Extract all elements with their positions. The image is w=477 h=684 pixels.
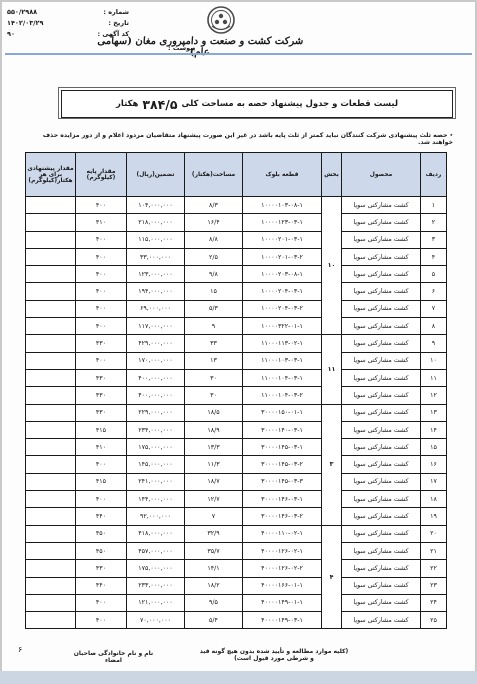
cell-plot-code: ۱۰۰۰۰۲۰۳-۰۸-۱ bbox=[243, 266, 322, 283]
cell-row-number: ۱۱ bbox=[421, 369, 447, 386]
cell-proposed-amount bbox=[26, 525, 76, 542]
cell-proposed-amount bbox=[26, 421, 76, 438]
table-row: ۲۳کشت مشارکتی سویا۴۰۰۰۰۱۶۶-۰۱-۱۱۸/۲۲۳۳,۰… bbox=[26, 577, 447, 594]
cell-row-number: ۵ bbox=[421, 266, 447, 283]
cell-row-number: ۱۳ bbox=[421, 404, 447, 421]
cell-product: کشت مشارکتی سویا bbox=[342, 335, 421, 352]
cell-product: کشت مشارکتی سویا bbox=[342, 612, 421, 629]
cell-base-amount: ۴۳۰ bbox=[76, 335, 127, 352]
cell-plot-code: ۱۰۰۰۰۲۰۱-۰۳-۱ bbox=[243, 231, 322, 248]
cell-plot-code: ۱۰۰۰۰۳۲۲-۰۱-۱ bbox=[243, 318, 322, 335]
adcode-value: ۹۰ bbox=[7, 29, 15, 40]
cell-guarantee: ۴۰۰,۰۰۰,۰۰۰ bbox=[127, 387, 185, 404]
cell-area: ۳۳ bbox=[185, 335, 243, 352]
cell-product: کشت مشارکتی سویا bbox=[342, 300, 421, 317]
cell-guarantee: ۴۵۷,۰۰۰,۰۰۰ bbox=[127, 542, 185, 559]
cell-plot-code: ۳۰۰۰۰۱۴۵-۰۳-۳ bbox=[243, 473, 322, 490]
title-area-number: ۳۸۴/۵ bbox=[142, 97, 177, 112]
cell-proposed-amount bbox=[26, 508, 76, 525]
cell-product: کشت مشارکتی سویا bbox=[342, 352, 421, 369]
cell-base-amount: ۴۴۰ bbox=[76, 577, 127, 594]
column-header: مقدار پیشنهادی برای هر هکتار(کیلوگرم) bbox=[26, 153, 76, 197]
cell-area: ۱۸/۹ bbox=[185, 421, 243, 438]
cell-area: ۸/۸ bbox=[185, 231, 243, 248]
cell-proposed-amount bbox=[26, 491, 76, 508]
table-row: ۹کشت مشارکتی سویا۱۱۱۱۰۰۰۱۱۳-۰۲-۱۳۳۴۲۹,۰۰… bbox=[26, 335, 447, 352]
cell-product: کشت مشارکتی سویا bbox=[342, 404, 421, 421]
cell-row-number: ۱۶ bbox=[421, 456, 447, 473]
table-row: ۱۱کشت مشارکتی سویا۱۱۰۰۰۱۰۴-۰۳-۱۳۰۴۰۰,۰۰۰… bbox=[26, 369, 447, 386]
column-header: بخش bbox=[322, 153, 342, 197]
cell-guarantee: ۶۹,۰۰۰,۰۰۰ bbox=[127, 300, 185, 317]
cell-guarantee: ۱۷۵,۰۰۰,۰۰۰ bbox=[127, 560, 185, 577]
cell-area: ۹/۵ bbox=[185, 594, 243, 611]
table-row: ۱۴کشت مشارکتی سویا۳۰۰۰۰۱۴۰-۰۳-۱۱۸/۹۲۳۴,۰… bbox=[26, 421, 447, 438]
cell-proposed-amount bbox=[26, 456, 76, 473]
cell-base-amount: ۴۳۰ bbox=[76, 404, 127, 421]
cell-product: کشت مشارکتی سویا bbox=[342, 266, 421, 283]
cell-base-amount: ۴۰۰ bbox=[76, 612, 127, 629]
column-header: مقدار پایه (کیلوگرم) bbox=[76, 153, 127, 197]
company-logo-icon bbox=[206, 5, 236, 39]
cell-section: ۱۱ bbox=[322, 335, 342, 404]
cell-area: ۱۱/۳ bbox=[185, 456, 243, 473]
cell-plot-code: ۱۰۰۰۰۲۰۴-۰۳-۲ bbox=[243, 300, 322, 317]
cell-guarantee: ۴۱۸,۰۰۰,۰۰۰ bbox=[127, 525, 185, 542]
table-row: ۴کشت مشارکتی سویا۱۰۰۰۰۲۰۱-۰۳-۲۲/۵۳۳,۰۰۰,… bbox=[26, 248, 447, 265]
cell-proposed-amount bbox=[26, 197, 76, 214]
table-row: ۱۵کشت مشارکتی سویا۳۰۰۰۰۱۴۵-۰۳-۱۱۳/۳۱۷۵,۰… bbox=[26, 439, 447, 456]
cell-plot-code: ۴۰۰۰۰۱۴۹-۰۳-۱ bbox=[243, 612, 322, 629]
column-header: قطعه بلوک bbox=[243, 153, 322, 197]
date-value: ۱۴۰۲/۰۳/۲۹ bbox=[7, 18, 44, 29]
cell-proposed-amount bbox=[26, 473, 76, 490]
cell-product: کشت مشارکتی سویا bbox=[342, 231, 421, 248]
cell-area: ۸/۳ bbox=[185, 197, 243, 214]
cell-guarantee: ۲۳۳,۰۰۰,۰۰۰ bbox=[127, 577, 185, 594]
cell-proposed-amount bbox=[26, 335, 76, 352]
cell-guarantee: ۷۰,۰۰۰,۰۰۰ bbox=[127, 612, 185, 629]
cell-proposed-amount bbox=[26, 404, 76, 421]
cell-row-number: ۱۷ bbox=[421, 473, 447, 490]
cell-row-number: ۲۰ bbox=[421, 525, 447, 542]
cell-product: کشت مشارکتی سویا bbox=[342, 318, 421, 335]
letterhead-number-field: شماره : ۵۵۰/۲۹۸۸ bbox=[7, 7, 129, 18]
cell-row-number: ۱ bbox=[421, 197, 447, 214]
cell-plot-code: ۳۰۰۰۰۱۵۰-۰۱-۱ bbox=[243, 404, 322, 421]
cell-proposed-amount bbox=[26, 300, 76, 317]
cell-plot-code: ۱۰۰۰۰۱۰۳-۰۸-۱ bbox=[243, 197, 322, 214]
cell-base-amount: ۴۱۰ bbox=[76, 214, 127, 231]
cell-guarantee: ۳۳,۰۰۰,۰۰۰ bbox=[127, 248, 185, 265]
cell-row-number: ۷ bbox=[421, 300, 447, 317]
cell-guarantee: ۱۰۴,۰۰۰,۰۰۰ bbox=[127, 197, 185, 214]
cell-guarantee: ۴۰۰,۰۰۰,۰۰۰ bbox=[127, 369, 185, 386]
table-row: ۳کشت مشارکتی سویا۱۰۰۰۰۲۰۱-۰۳-۱۸/۸۱۱۵,۰۰۰… bbox=[26, 231, 447, 248]
cell-section: ۳ bbox=[322, 404, 342, 525]
cell-proposed-amount bbox=[26, 594, 76, 611]
cell-area: ۵/۴ bbox=[185, 612, 243, 629]
cell-plot-code: ۱۰۰۰۰۱۲۳-۰۳-۱ bbox=[243, 214, 322, 231]
cell-row-number: ۱۹ bbox=[421, 508, 447, 525]
cell-product: کشت مشارکتی سویا bbox=[342, 214, 421, 231]
cell-row-number: ۲۱ bbox=[421, 542, 447, 559]
cell-proposed-amount bbox=[26, 542, 76, 559]
number-label: شماره : bbox=[103, 7, 129, 18]
cell-plot-code: ۴۰۰۰۰۱۴۹-۰۱-۱ bbox=[243, 594, 322, 611]
cell-row-number: ۱۸ bbox=[421, 491, 447, 508]
cell-area: ۳۵/۷ bbox=[185, 542, 243, 559]
table-row: ۶کشت مشارکتی سویا۱۰۰۰۰۲۰۴-۰۳-۱۱۵۱۹۴,۰۰۰,… bbox=[26, 283, 447, 300]
footer-acceptance-note: (کلیه موارد مطالعه و تأیید شده بدون هیچ … bbox=[198, 648, 350, 662]
table-row: ۲۰کشت مشارکتی سویا۴۴۰۰۰۰۱۱۰-۰۲-۱۳۲/۹۴۱۸,… bbox=[26, 525, 447, 542]
table-row: ۲۱کشت مشارکتی سویا۴۰۰۰۰۱۲۶-۰۲-۱۳۵/۷۴۵۷,۰… bbox=[26, 542, 447, 559]
cell-base-amount: ۴۴۰ bbox=[76, 508, 127, 525]
plots-table: ردیفمحصولبخشقطعه بلوکمساحت(هکتار)تضمین(ر… bbox=[25, 152, 447, 629]
table-body: ۱کشت مشارکتی سویا۱۰۱۰۰۰۰۱۰۳-۰۸-۱۸/۳۱۰۴,۰… bbox=[26, 197, 447, 629]
table-row: ۲۵کشت مشارکتی سویا۴۰۰۰۰۱۴۹-۰۳-۱۵/۴۷۰,۰۰۰… bbox=[26, 612, 447, 629]
cell-base-amount: ۴۰۰ bbox=[76, 248, 127, 265]
cell-row-number: ۱۲ bbox=[421, 387, 447, 404]
cell-guarantee: ۱۷۵,۰۰۰,۰۰۰ bbox=[127, 439, 185, 456]
cell-area: ۳۰ bbox=[185, 369, 243, 386]
cell-product: کشت مشارکتی سویا bbox=[342, 439, 421, 456]
cell-row-number: ۸ bbox=[421, 318, 447, 335]
letterhead-date-field: تاریخ : ۱۴۰۲/۰۳/۲۹ bbox=[7, 18, 129, 29]
column-header: مساحت(هکتار) bbox=[185, 153, 243, 197]
cell-base-amount: ۴۵۰ bbox=[76, 525, 127, 542]
cell-product: کشت مشارکتی سویا bbox=[342, 594, 421, 611]
cell-product: کشت مشارکتی سویا bbox=[342, 473, 421, 490]
table-row: ۲۴کشت مشارکتی سویا۴۰۰۰۰۱۴۹-۰۱-۱۹/۵۱۲۱,۰۰… bbox=[26, 594, 447, 611]
cell-product: کشت مشارکتی سویا bbox=[342, 421, 421, 438]
cell-product: کشت مشارکتی سویا bbox=[342, 283, 421, 300]
cell-plot-code: ۱۰۰۰۰۲۰۱-۰۳-۲ bbox=[243, 248, 322, 265]
cell-row-number: ۹ bbox=[421, 335, 447, 352]
cell-base-amount: ۴۰۰ bbox=[76, 318, 127, 335]
cell-base-amount: ۴۰۰ bbox=[76, 456, 127, 473]
cell-product: کشت مشارکتی سویا bbox=[342, 491, 421, 508]
cell-proposed-amount bbox=[26, 318, 76, 335]
cell-proposed-amount bbox=[26, 248, 76, 265]
column-header: محصول bbox=[342, 153, 421, 197]
cell-product: کشت مشارکتی سویا bbox=[342, 542, 421, 559]
scan-bottom-band bbox=[0, 671, 477, 684]
cell-proposed-amount bbox=[26, 352, 76, 369]
cell-row-number: ۲۲ bbox=[421, 560, 447, 577]
cell-plot-code: ۳۰۰۰۰۱۴۵-۰۳-۲ bbox=[243, 456, 322, 473]
cell-plot-code: ۴۰۰۰۰۱۲۶-۰۲-۱ bbox=[243, 542, 322, 559]
title-suffix: هکتار bbox=[116, 99, 138, 109]
cell-area: ۱۴/۱ bbox=[185, 560, 243, 577]
cell-row-number: ۲۴ bbox=[421, 594, 447, 611]
page-title: لیست قطعات و جدول پیشنهاد حصه به مساحت ک… bbox=[61, 90, 453, 118]
table-row: ۱کشت مشارکتی سویا۱۰۱۰۰۰۰۱۰۳-۰۸-۱۸/۳۱۰۴,۰… bbox=[26, 197, 447, 214]
cell-guarantee: ۱۴۴,۰۰۰,۰۰۰ bbox=[127, 491, 185, 508]
cell-proposed-amount bbox=[26, 283, 76, 300]
table-row: ۸کشت مشارکتی سویا۱۰۰۰۰۳۲۲-۰۱-۱۹۱۱۷,۰۰۰,۰… bbox=[26, 318, 447, 335]
table-row: ۱۰کشت مشارکتی سویا۱۱۰۰۰۱۰۳-۰۳-۱۱۳۱۷۰,۰۰۰… bbox=[26, 352, 447, 369]
cell-proposed-amount bbox=[26, 231, 76, 248]
cell-plot-code: ۳۰۰۰۰۱۴۰-۰۳-۱ bbox=[243, 421, 322, 438]
cell-product: کشت مشارکتی سویا bbox=[342, 577, 421, 594]
cell-section: ۱۰ bbox=[322, 197, 342, 335]
table-row: ۵کشت مشارکتی سویا۱۰۰۰۰۲۰۳-۰۸-۱۹/۸۱۲۳,۰۰۰… bbox=[26, 266, 447, 283]
cell-guarantee: ۱۲۳,۰۰۰,۰۰۰ bbox=[127, 266, 185, 283]
cell-guarantee: ۲۳۴,۰۰۰,۰۰۰ bbox=[127, 421, 185, 438]
cell-area: ۱۲/۷ bbox=[185, 491, 243, 508]
cell-base-amount: ۴۰۰ bbox=[76, 352, 127, 369]
cell-base-amount: ۴۱۰ bbox=[76, 439, 127, 456]
letterhead-divider bbox=[5, 53, 472, 55]
title-box: لیست قطعات و جدول پیشنهاد حصه به مساحت ک… bbox=[58, 87, 456, 119]
cell-area: ۵/۳ bbox=[185, 300, 243, 317]
cell-base-amount: ۴۱۵ bbox=[76, 421, 127, 438]
cell-area: ۱۸/۵ bbox=[185, 404, 243, 421]
cell-product: کشت مشارکتی سویا bbox=[342, 369, 421, 386]
cell-guarantee: ۲۱۸,۰۰۰,۰۰۰ bbox=[127, 214, 185, 231]
cell-guarantee: ۹۲,۰۰۰,۰۰۰ bbox=[127, 508, 185, 525]
number-value: ۵۵۰/۲۹۸۸ bbox=[7, 7, 37, 18]
cell-plot-code: ۱۱۰۰۰۱۱۳-۰۲-۱ bbox=[243, 335, 322, 352]
cell-plot-code: ۳۰۰۰۰۱۴۶-۰۳-۱ bbox=[243, 491, 322, 508]
cell-guarantee: ۱۴۵,۰۰۰,۰۰۰ bbox=[127, 456, 185, 473]
cell-proposed-amount bbox=[26, 560, 76, 577]
table-row: ۷کشت مشارکتی سویا۱۰۰۰۰۲۰۴-۰۳-۲۵/۳۶۹,۰۰۰,… bbox=[26, 300, 447, 317]
cell-base-amount: ۴۰۰ bbox=[76, 300, 127, 317]
cell-area: ۹/۸ bbox=[185, 266, 243, 283]
cell-guarantee: ۱۲۱,۰۰۰,۰۰۰ bbox=[127, 594, 185, 611]
cell-plot-code: ۳۰۰۰۰۱۴۵-۰۳-۱ bbox=[243, 439, 322, 456]
cell-guarantee: ۲۴۱,۰۰۰,۰۰۰ bbox=[127, 473, 185, 490]
cell-product: کشت مشارکتی سویا bbox=[342, 387, 421, 404]
cell-area: ۷ bbox=[185, 508, 243, 525]
cell-proposed-amount bbox=[26, 214, 76, 231]
cell-base-amount: ۴۳۰ bbox=[76, 560, 127, 577]
date-label: تاریخ : bbox=[108, 18, 129, 29]
table-header: ردیفمحصولبخشقطعه بلوکمساحت(هکتار)تضمین(ر… bbox=[26, 153, 447, 197]
column-header: تضمین(ریال) bbox=[127, 153, 185, 197]
cell-guarantee: ۱۱۷,۰۰۰,۰۰۰ bbox=[127, 318, 185, 335]
cell-guarantee: ۱۱۵,۰۰۰,۰۰۰ bbox=[127, 231, 185, 248]
cell-base-amount: ۴۰۰ bbox=[76, 283, 127, 300]
table-row: ۱۳کشت مشارکتی سویا۳۳۰۰۰۰۱۵۰-۰۱-۱۱۸/۵۲۲۹,… bbox=[26, 404, 447, 421]
cell-base-amount: ۴۰۰ bbox=[76, 594, 127, 611]
cell-area: ۳۰ bbox=[185, 387, 243, 404]
warning-note: ٭ حصه ثلث پیشنهادی شرکت کنندگان نباید کم… bbox=[20, 132, 453, 146]
cell-row-number: ۴ bbox=[421, 248, 447, 265]
cell-row-number: ۲۵ bbox=[421, 612, 447, 629]
cell-product: کشت مشارکتی سویا bbox=[342, 248, 421, 265]
table-row: ۱۸کشت مشارکتی سویا۳۰۰۰۰۱۴۶-۰۳-۱۱۲/۷۱۴۴,۰… bbox=[26, 491, 447, 508]
cell-guarantee: ۲۲۹,۰۰۰,۰۰۰ bbox=[127, 404, 185, 421]
cell-proposed-amount bbox=[26, 387, 76, 404]
cell-area: ۱۸/۲ bbox=[185, 577, 243, 594]
cell-product: کشت مشارکتی سویا bbox=[342, 560, 421, 577]
cell-plot-code: ۴۰۰۰۰۱۶۶-۰۱-۱ bbox=[243, 577, 322, 594]
footer-signature-label: نام و نام خانوادگی صاحبان امضاء bbox=[66, 650, 161, 664]
cell-plot-code: ۱۱۰۰۰۱۰۴-۰۳-۱ bbox=[243, 369, 322, 386]
cell-base-amount: ۴۰۰ bbox=[76, 197, 127, 214]
cell-area: ۱۶/۴ bbox=[185, 214, 243, 231]
cell-section: ۴ bbox=[322, 525, 342, 629]
title-prefix: لیست قطعات و جدول پیشنهاد حصه به مساحت ک… bbox=[181, 99, 398, 109]
cell-proposed-amount bbox=[26, 439, 76, 456]
cell-row-number: ۲۳ bbox=[421, 577, 447, 594]
cell-row-number: ۲ bbox=[421, 214, 447, 231]
cell-base-amount: ۴۳۰ bbox=[76, 387, 127, 404]
cell-area: ۹ bbox=[185, 318, 243, 335]
page-number: ۶ bbox=[18, 645, 22, 654]
cell-row-number: ۱۰ bbox=[421, 352, 447, 369]
cell-plot-code: ۱۱۰۰۰۱۰۴-۰۳-۲ bbox=[243, 387, 322, 404]
cell-plot-code: ۱۰۰۰۰۲۰۴-۰۳-۱ bbox=[243, 283, 322, 300]
cell-product: کشت مشارکتی سویا bbox=[342, 508, 421, 525]
cell-area: ۳۲/۹ bbox=[185, 525, 243, 542]
cell-product: کشت مشارکتی سویا bbox=[342, 525, 421, 542]
table-row: ۱۷کشت مشارکتی سویا۳۰۰۰۰۱۴۵-۰۳-۳۱۸/۷۲۴۱,۰… bbox=[26, 473, 447, 490]
cell-base-amount: ۴۰۰ bbox=[76, 491, 127, 508]
cell-guarantee: ۱۹۴,۰۰۰,۰۰۰ bbox=[127, 283, 185, 300]
cell-product: کشت مشارکتی سویا bbox=[342, 197, 421, 214]
table-row: ۲کشت مشارکتی سویا۱۰۰۰۰۱۲۳-۰۳-۱۱۶/۴۲۱۸,۰۰… bbox=[26, 214, 447, 231]
cell-area: ۱۳ bbox=[185, 352, 243, 369]
cell-proposed-amount bbox=[26, 369, 76, 386]
cell-area: ۲/۵ bbox=[185, 248, 243, 265]
cell-plot-code: ۳۰۰۰۰۱۴۶-۰۳-۲ bbox=[243, 508, 322, 525]
cell-area: ۱۳/۳ bbox=[185, 439, 243, 456]
cell-base-amount: ۴۰۰ bbox=[76, 231, 127, 248]
cell-row-number: ۱۵ bbox=[421, 439, 447, 456]
cell-product: کشت مشارکتی سویا bbox=[342, 456, 421, 473]
cell-base-amount: ۴۰۰ bbox=[76, 266, 127, 283]
table-row: ۱۹کشت مشارکتی سویا۳۰۰۰۰۱۴۶-۰۳-۲۷۹۲,۰۰۰,۰… bbox=[26, 508, 447, 525]
cell-proposed-amount bbox=[26, 577, 76, 594]
cell-base-amount: ۴۱۵ bbox=[76, 473, 127, 490]
cell-base-amount: ۴۵۰ bbox=[76, 542, 127, 559]
cell-row-number: ۶ bbox=[421, 283, 447, 300]
table-row: ۲۲کشت مشارکتی سویا۴۰۰۰۰۱۲۶-۰۲-۲۱۴/۱۱۷۵,۰… bbox=[26, 560, 447, 577]
cell-base-amount: ۴۳۰ bbox=[76, 369, 127, 386]
cell-proposed-amount bbox=[26, 612, 76, 629]
cell-row-number: ۳ bbox=[421, 231, 447, 248]
cell-guarantee: ۴۲۹,۰۰۰,۰۰۰ bbox=[127, 335, 185, 352]
cell-proposed-amount bbox=[26, 266, 76, 283]
cell-guarantee: ۱۷۰,۰۰۰,۰۰۰ bbox=[127, 352, 185, 369]
cell-plot-code: ۴۰۰۰۰۱۲۶-۰۲-۲ bbox=[243, 560, 322, 577]
column-header: ردیف bbox=[421, 153, 447, 197]
cell-plot-code: ۴۰۰۰۰۱۱۰-۰۲-۱ bbox=[243, 525, 322, 542]
table-row: ۱۶کشت مشارکتی سویا۳۰۰۰۰۱۴۵-۰۳-۲۱۱/۳۱۴۵,۰… bbox=[26, 456, 447, 473]
cell-area: ۱۸/۷ bbox=[185, 473, 243, 490]
cell-area: ۱۵ bbox=[185, 283, 243, 300]
cell-row-number: ۱۴ bbox=[421, 421, 447, 438]
cell-plot-code: ۱۱۰۰۰۱۰۳-۰۳-۱ bbox=[243, 352, 322, 369]
table-row: ۱۲کشت مشارکتی سویا۱۱۰۰۰۱۰۴-۰۳-۲۳۰۴۰۰,۰۰۰… bbox=[26, 387, 447, 404]
